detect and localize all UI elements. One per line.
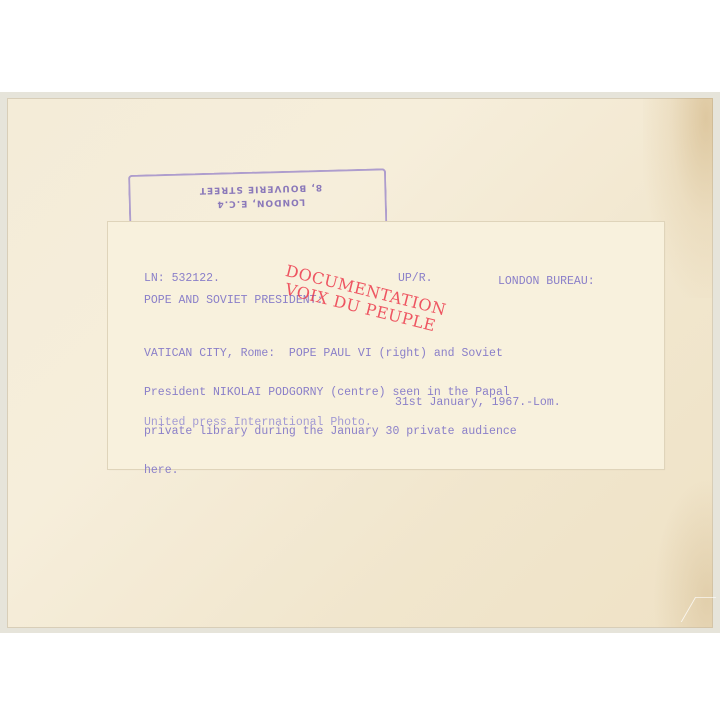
photo-credit: United press International Photo. <box>144 416 372 429</box>
caption-line: VATICAN CITY, Rome: POPE PAUL VI (right)… <box>144 347 517 360</box>
reference-number: LN: 532122. <box>144 272 220 285</box>
bureau-name: LONDON BUREAU: <box>498 275 595 288</box>
caption-label: LN: 532122. UP/R. LONDON BUREAU: POPE AN… <box>108 222 664 469</box>
address-stamp-city: LONDON, E.C.4 <box>171 195 351 210</box>
caption-line: here. <box>144 464 517 477</box>
agency-code: UP/R. <box>398 272 433 285</box>
caption-date: 31st January, 1967.-Lom. <box>395 396 561 409</box>
caption-body: VATICAN CITY, Rome: POPE PAUL VI (right)… <box>144 321 517 503</box>
address-stamp-street: 8, BOUVERIE STREET <box>170 181 350 196</box>
